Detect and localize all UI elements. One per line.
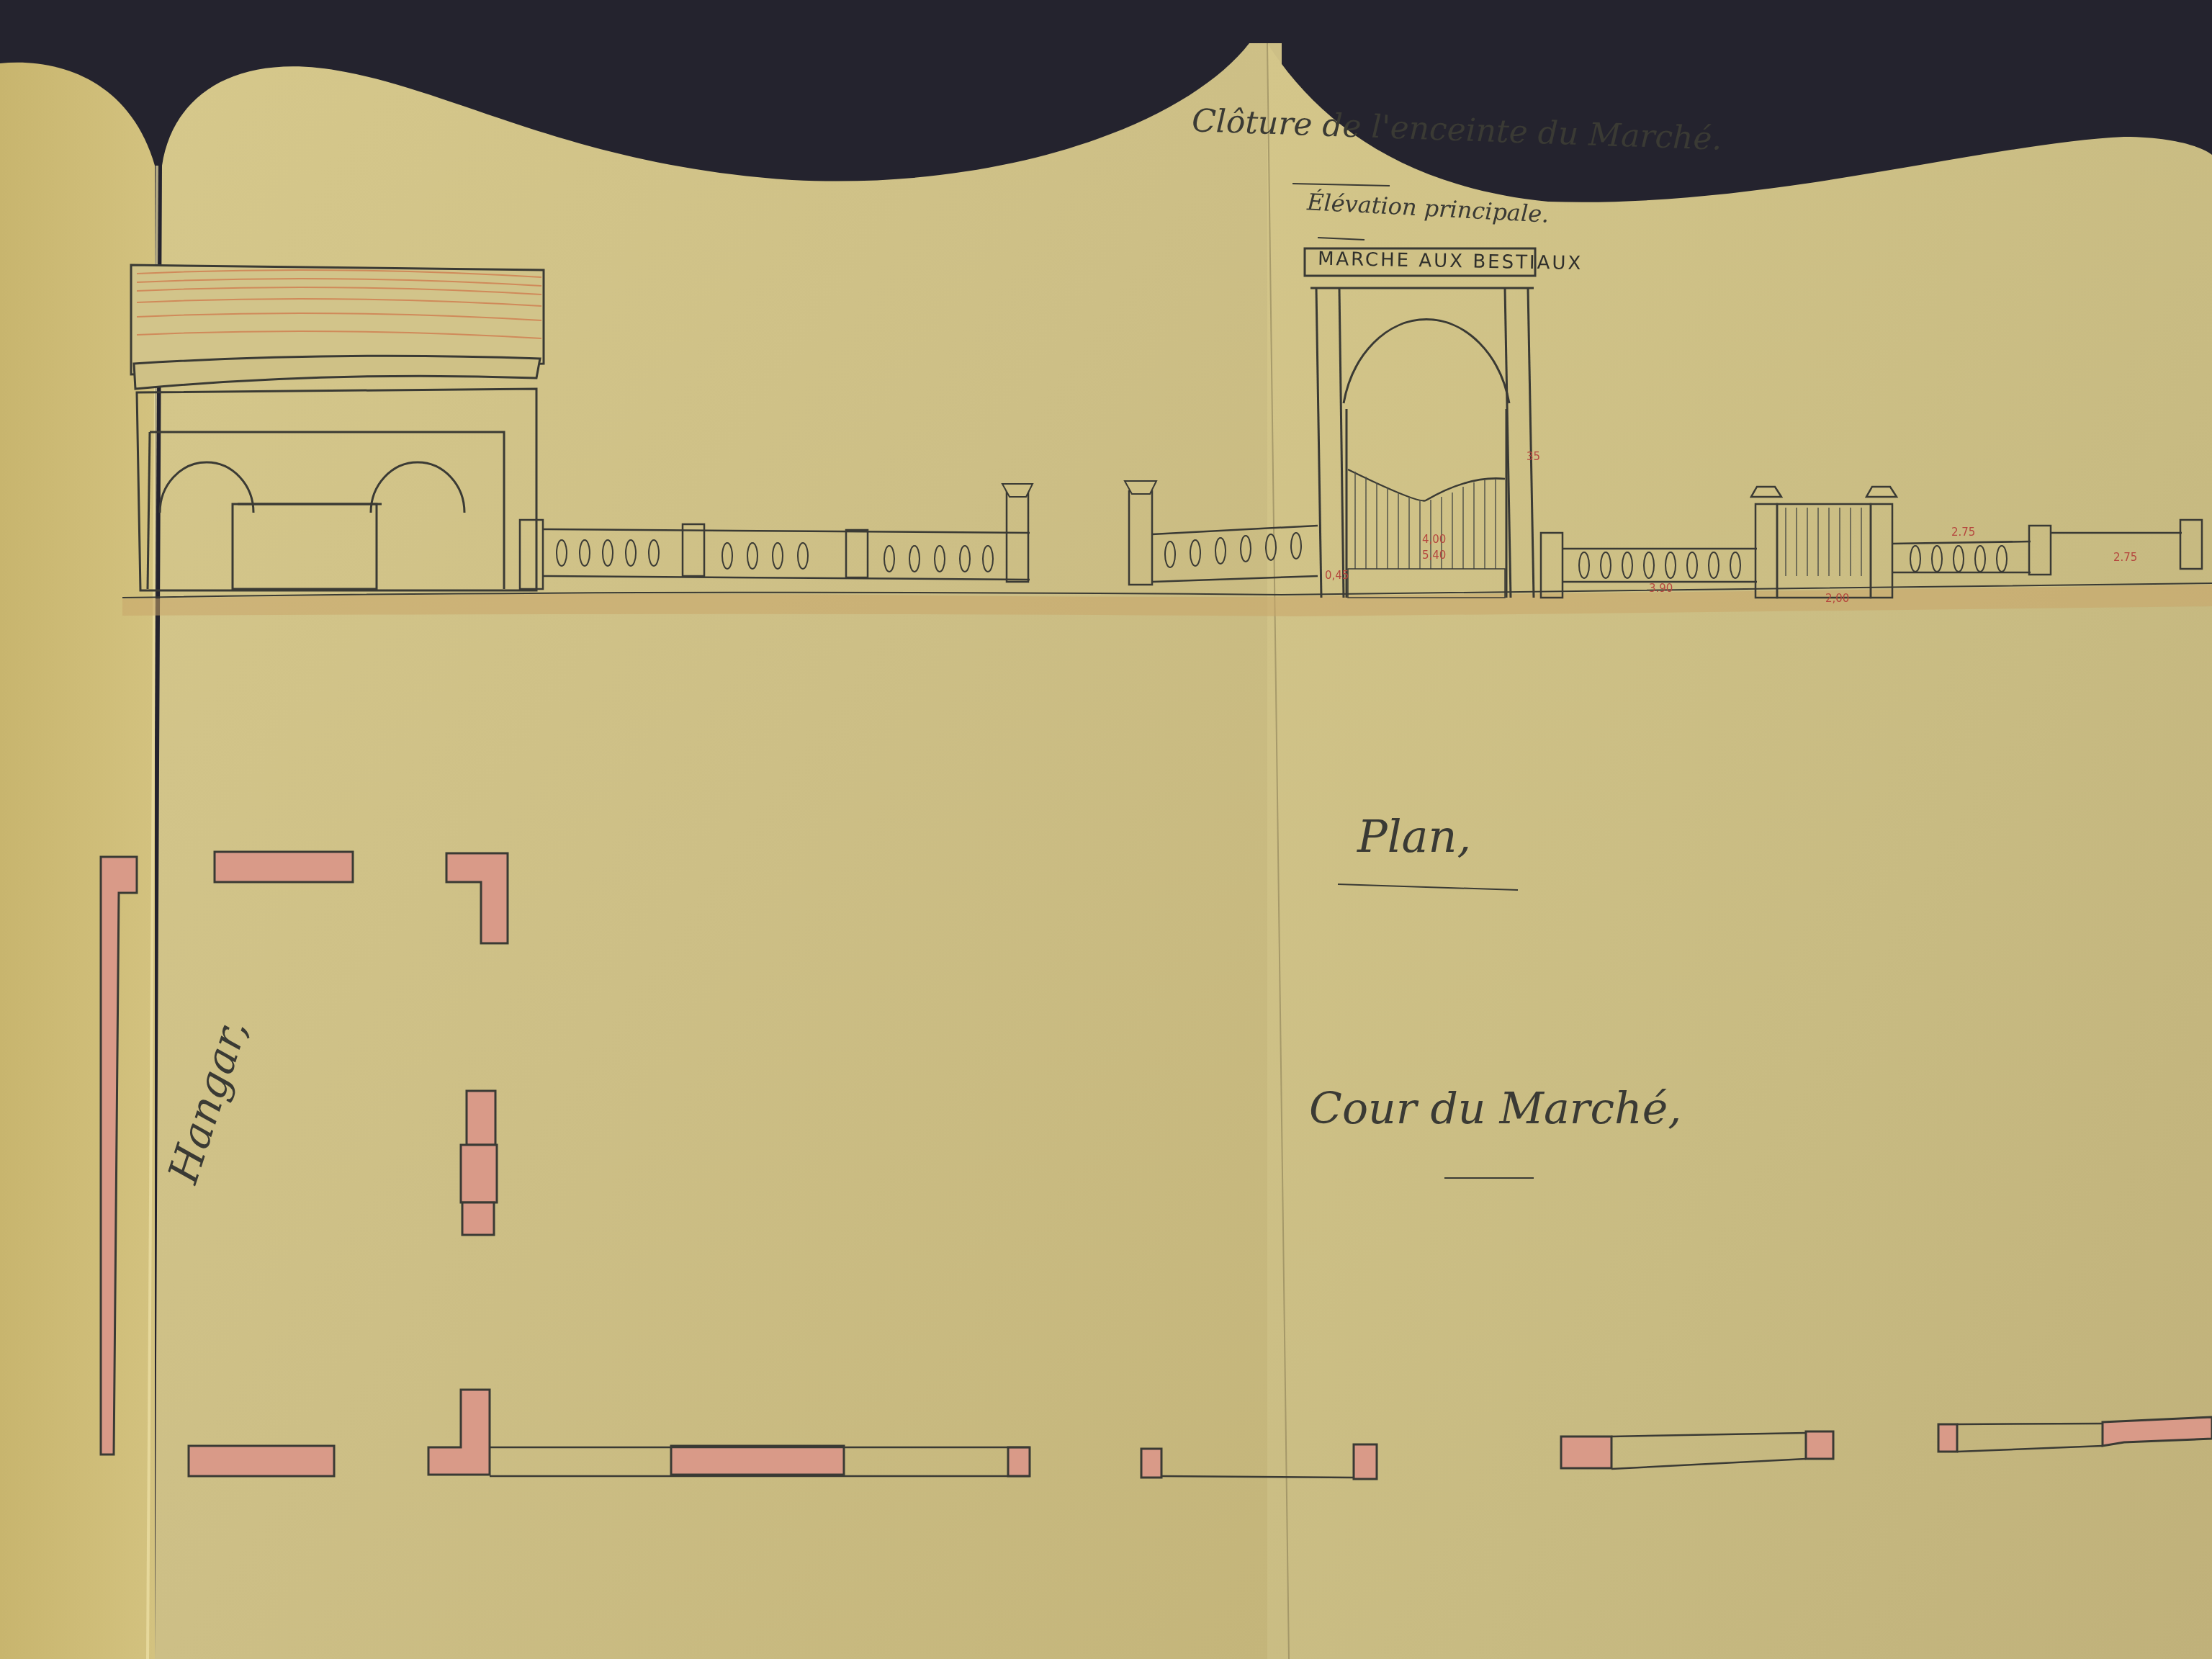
court-label: Cour du Marché,	[1309, 1084, 1681, 1134]
dim-pier-width: 35	[1527, 450, 1540, 463]
gate-sign: MARCHE AUX BESTIAUX	[1318, 248, 1583, 274]
dim-gate-height-1: 4,00	[1422, 533, 1446, 546]
dim-gate-height-2: 5,40	[1422, 549, 1446, 562]
dim-small-gate: 2,00	[1825, 592, 1849, 605]
dim-balustrade-1: 3.90	[1649, 582, 1673, 595]
scanned-drawing: Clôture de l'enceinte du Marché. Élévati…	[0, 0, 2212, 1659]
dim-wall-span: 2.75	[2113, 551, 2137, 564]
drawing-sheet	[0, 0, 2212, 1659]
dim-pier-base: 0,45	[1325, 569, 1349, 582]
plan-label: Plan,	[1357, 810, 1471, 863]
dim-balustrade-2: 2.75	[1951, 526, 1975, 539]
